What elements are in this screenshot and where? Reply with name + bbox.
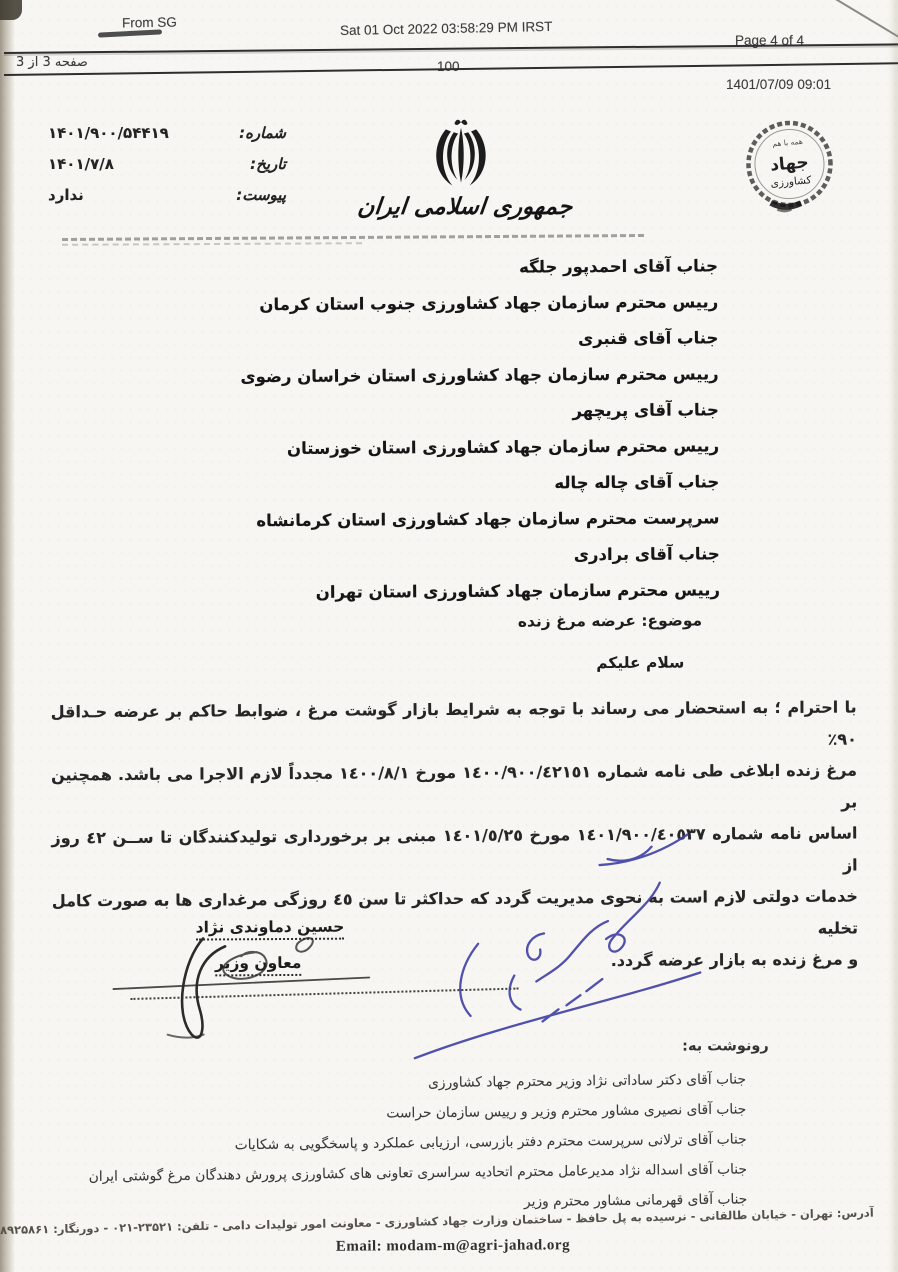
recipient-list: جناب آقای احمدپور جلگه رییس محترم سازمان… <box>240 248 720 611</box>
scanned-letter-page: From SG Sat 01 Oct 2022 03:58:29 PM IRST… <box>0 0 898 1272</box>
cc-label: رونوشت به: <box>682 1038 769 1055</box>
handwritten-signature <box>107 915 388 1061</box>
recipient-name: جناب آقای پریچهر <box>241 392 719 431</box>
subject-line: موضوع: عرضه مرغ زنده <box>518 611 702 630</box>
body-line: با احترام ؛ به استحضار می رساند با توجه … <box>51 692 857 760</box>
recipient-title: سرپرست محترم سازمان جهاد کشاورزی استان ک… <box>241 500 719 539</box>
recipient-name: جناب آقای احمدپور جلگه <box>240 248 718 287</box>
body-line: مرغ زنده ابلاغی طی نامه شماره ١٤٠٠/٩٠٠/٤… <box>51 755 857 823</box>
recipient-title: رییس محترم سازمان جهاد کشاورزی استان خرا… <box>240 356 718 395</box>
salutation: سلام علیکم <box>596 654 684 673</box>
recipient-name: جناب آقای برادری <box>242 536 720 575</box>
cc-list: جناب آقای دکتر ساداتی نژاد وزیر محترم جه… <box>87 1064 747 1221</box>
handwritten-note-blue <box>393 824 712 1068</box>
footer-email: Email: modam-m@agri-jahad.org <box>4 1235 898 1257</box>
recipient-title: رییس محترم سازمان جهاد کشاورزی استان تهر… <box>242 572 720 611</box>
recipient-name: جناب آقای قنبری <box>240 320 718 359</box>
recipient-title: رییس محترم سازمان جهاد کشاورزی جنوب استا… <box>240 284 718 323</box>
recipient-title: رییس محترم سازمان جهاد کشاورزی استان خوز… <box>241 428 719 467</box>
letter-content: جناب آقای احمدپور جلگه رییس محترم سازمان… <box>0 0 898 1272</box>
recipient-name: جناب آقای چاله چاله <box>241 464 719 503</box>
